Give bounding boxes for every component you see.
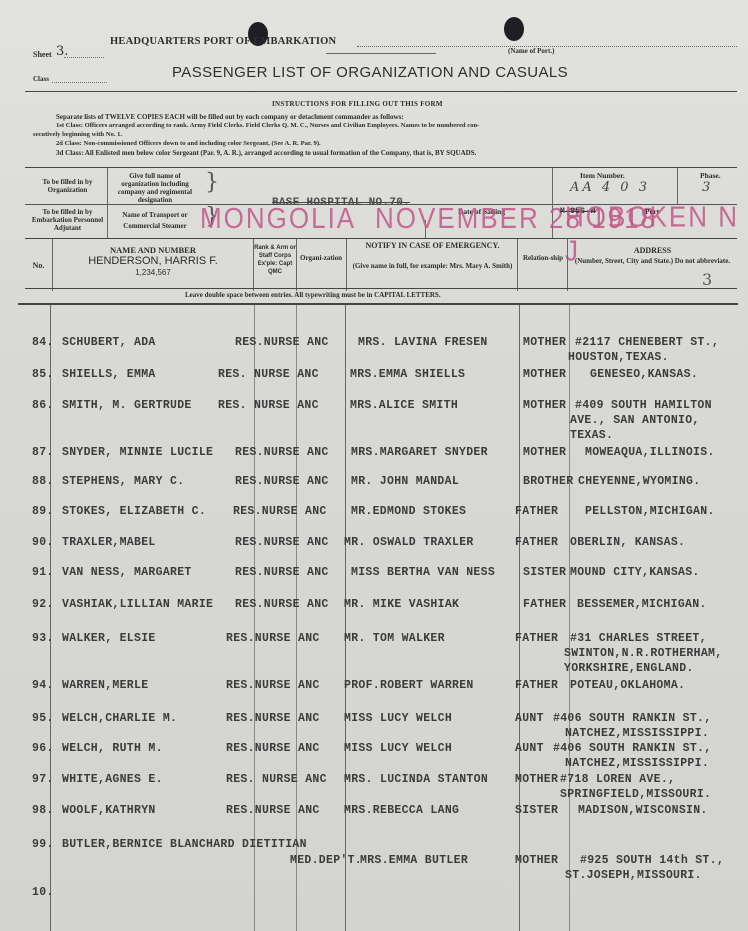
entry-address: GENESEO,KANSAS. [590, 367, 698, 382]
sheet-label: Sheet [33, 50, 52, 59]
entry-name: VAN NESS, MARGARET [62, 565, 192, 580]
instructions-line: secutively beginning with No. 1. [33, 131, 122, 138]
entry-number: 95. [32, 711, 54, 726]
entry-name: SMITH, M. GERTRUDE [62, 398, 192, 413]
entry-address: #409 SOUTH HAMILTON [575, 398, 712, 413]
entry-rank: RES.NURSE ANC [226, 711, 320, 726]
entry-name: WELCH,CHARLIE M. [62, 711, 177, 726]
entry-address: #2117 CHENEBERT ST., [575, 335, 719, 350]
entry-address: CHEYENNE,WYOMING. [578, 474, 700, 489]
col-no-header: No. [25, 261, 52, 271]
transport-label: Name of Transport or Commercial Steamer [115, 210, 195, 232]
entry-name: WELCH, RUTH M. [62, 741, 163, 756]
entry-number: 86. [32, 398, 54, 413]
entry-relationship: AUNT [515, 711, 544, 726]
entry-address: MADISON,WISCONSIN. [578, 803, 708, 818]
entry-relationship: FATHER [515, 678, 558, 693]
corner-mark: 3 [702, 270, 712, 289]
item-number-value: AA 4 0 3 [570, 180, 650, 195]
entry-number: 84. [32, 335, 54, 350]
page-title: PASSENGER LIST OF ORGANIZATION AND CASUA… [172, 64, 568, 81]
entry-address: #406 SOUTH RANKIN ST., [553, 741, 711, 756]
entry-notify: MR. TOM WALKER [344, 631, 445, 646]
entry-name: WHITE,AGNES E. [62, 772, 163, 787]
entry-relationship: FATHER [515, 504, 558, 519]
class-label: Class [33, 75, 49, 83]
instructions-line: 3d Class: All Enlisted men below color S… [56, 149, 476, 157]
entry-number: 99. [32, 837, 54, 852]
entry-address: TEXAS. [570, 428, 613, 443]
col-organization-header: Organi-zation [298, 253, 344, 263]
entry-relationship: AUNT [515, 741, 544, 756]
org-fill-label: To be filled in by Organization [30, 178, 105, 194]
col-name-header: NAME AND NUMBER [53, 245, 253, 255]
entry-notify: MRS.EMMA SHIELLS [350, 367, 465, 382]
entry-address: POTEAU,OKLAHOMA. [570, 678, 685, 693]
transport-stamp: MONGOLIA [200, 201, 356, 235]
entry-rank: MED.DEP'T. [290, 853, 362, 868]
entry-rank: RES. NURSE ANC [226, 772, 327, 787]
col-notify-header: NOTIFY IN CASE OF EMERGENCY. [350, 241, 515, 251]
typing-instructions: Leave double space between entries. All … [185, 291, 441, 299]
org-desc-label: Give full name of organization including… [110, 172, 200, 204]
entry-relationship: FATHER [515, 535, 558, 550]
entry-relationship: SISTER [523, 565, 566, 580]
entry-relationship: FATHER [515, 631, 558, 646]
hq-label: HEADQUARTERS PORT OF EMBARKATION [110, 36, 336, 47]
entry-relationship: MOTHER [515, 853, 558, 868]
entry-number: 88. [32, 474, 54, 489]
entry-notify: MR. JOHN MANDAL [351, 474, 459, 489]
entry-relationship: FATHER [523, 597, 566, 612]
entry-number: 96. [32, 741, 54, 756]
entry-address: ST.JOSEPH,MISSOURI. [565, 868, 702, 883]
entry-number: 98. [32, 803, 54, 818]
instructions-line: 2d Class: Non-commissioned Officers down… [56, 140, 321, 147]
entry-notify: MISS BERTHA VAN NESS [351, 565, 495, 580]
entry-address: #718 LOREN AVE., [560, 772, 675, 787]
entry-number: 94. [32, 678, 54, 693]
entry-address: BESSEMER,MICHIGAN. [577, 597, 707, 612]
entry-number: 91. [32, 565, 54, 580]
entry-rank: RES.NURSE ANC [235, 597, 329, 612]
entry-notify: MR.EDMOND STOKES [351, 504, 466, 519]
instructions-line: 1st Class: Officers arranged according t… [56, 122, 479, 129]
entry-rank: RES.NURSE ANC [233, 504, 327, 519]
entry-address: NATCHEZ,MISSISSIPPI. [565, 756, 709, 771]
entry-rank: RES.NURSE ANC [235, 335, 329, 350]
entry-address: AVE., SAN ANTONIO, [570, 413, 700, 428]
phase-label: Phase. [700, 171, 721, 180]
entry-rank: RES.NURSE ANC [226, 741, 320, 756]
entry-relationship: MOTHER [523, 445, 566, 460]
entry-notify: MRS.REBECCA LANG [344, 803, 459, 818]
passenger-list-page: Sheet 3. Class HEADQUARTERS PORT OF EMBA… [0, 0, 748, 931]
entry-rank: RES.NURSE ANC [235, 565, 329, 580]
entry-relationship: BROTHER [523, 474, 573, 489]
phase-value: 3 [702, 180, 710, 195]
entry-number: 93. [32, 631, 54, 646]
entry-rank: RES.NURSE ANC [235, 535, 329, 550]
entry-name: WARREN,MERLE [62, 678, 148, 693]
instructions-line: Separate lists of TWELVE COPIES EACH wil… [56, 113, 404, 121]
entry-notify: MRS. LUCINDA STANTON [344, 772, 488, 787]
entry-notify: MRS. LAVINA FRESEN [358, 335, 488, 350]
entry-notify: MRS.EMMA BUTLER [360, 853, 468, 868]
entry-name: SHIELLS, EMMA [62, 367, 156, 382]
instructions-title: INSTRUCTIONS FOR FILLING OUT THIS FORM [272, 100, 443, 108]
entry-address: MOWEAQUA,ILLINOIS. [585, 445, 715, 460]
entry-rank: RES.NURSE ANC [226, 678, 320, 693]
entry-address: NATCHEZ,MISSISSIPPI. [565, 726, 709, 741]
entry-name: TRAXLER,MABEL [62, 535, 156, 550]
entry-rank: RES. NURSE ANC [218, 398, 319, 413]
entry-rank: RES.NURSE ANC [226, 803, 320, 818]
col-notify-desc: (Give name in full, for example: Mrs. Ma… [350, 262, 515, 271]
entry-name: WALKER, ELSIE [62, 631, 156, 646]
col-relationship-header: Relation-ship [519, 253, 567, 263]
entry-number: 87. [32, 445, 54, 460]
entry-address: SPRINGFIELD,MISSOURI. [560, 787, 711, 802]
name-of-port-label: (Name of Port.) [508, 47, 554, 55]
entry-address: HOUSTON,TEXAS. [568, 350, 669, 365]
entry-address: PELLSTON,MICHIGAN. [585, 504, 715, 519]
entry-name: SCHUBERT, ADA [62, 335, 156, 350]
entry-address: OBERLIN, KANSAS. [570, 535, 685, 550]
entry-address: #31 CHARLES STREET, [570, 631, 707, 646]
entry-notify: MRS.ALICE SMITH [350, 398, 458, 413]
entry-relationship: MOTHER [523, 398, 566, 413]
entry-rank: RES.NURSE ANC [226, 631, 320, 646]
entry-address: #925 SOUTH 14th ST., [580, 853, 724, 868]
entry-notify: MR. OSWALD TRAXLER [344, 535, 474, 550]
entry-number: 85. [32, 367, 54, 382]
entry-address: #406 SOUTH RANKIN ST., [553, 711, 711, 726]
name-example-number: 1,234,567 [53, 268, 253, 277]
entry-name: WOOLF,KATHRYN [62, 803, 156, 818]
entry-rank: RES.NURSE ANC [235, 474, 329, 489]
embarkation-fill-label: To be filled in by Embarkation Personnel… [30, 208, 105, 232]
col-address-desc: (Number, Street, City and State.) Do not… [570, 257, 735, 266]
entry-relationship: MOTHER [515, 772, 558, 787]
entry-notify: MISS LUCY WELCH [344, 711, 452, 726]
entry-name: BUTLER,BERNICE BLANCHARD DIETITIAN [62, 837, 307, 852]
entry-number: 10. [32, 885, 54, 900]
entry-notify: MISS LUCY WELCH [344, 741, 452, 756]
entry-notify: MR. MIKE VASHIAK [344, 597, 459, 612]
entry-number: 97. [32, 772, 54, 787]
entry-name: STOKES, ELIZABETH C. [62, 504, 206, 519]
punch-hole [504, 17, 524, 41]
entry-rank: RES.NURSE ANC [235, 445, 329, 460]
name-example: HENDERSON, HARRIS F. [53, 255, 253, 267]
entry-address: YORKSHIRE,ENGLAND. [564, 661, 694, 676]
entry-name: VASHIAK,LILLIAN MARIE [62, 597, 213, 612]
entry-address: MOUND CITY,KANSAS. [570, 565, 700, 580]
entry-notify: MRS.MARGARET SNYDER [351, 445, 488, 460]
entry-notify: PROF.ROBERT WARREN [344, 678, 474, 693]
col-address-header: ADDRESS [570, 246, 735, 256]
entry-number: 90. [32, 535, 54, 550]
entry-relationship: MOTHER [523, 335, 566, 350]
entry-relationship: SISTER [515, 803, 558, 818]
entry-name: STEPHENS, MARY C. [62, 474, 184, 489]
entry-rank: RES. NURSE ANC [218, 367, 319, 382]
entry-number: 89. [32, 504, 54, 519]
item-number-label: Item Number. [580, 171, 625, 180]
col-rank-header: Rank & Arm or Staff Corps Ex'ple: Capt Q… [254, 244, 296, 276]
entry-name: SNYDER, MINNIE LUCILE [62, 445, 213, 460]
entry-address: SWINTON,N.R.ROTHERHAM, [564, 646, 722, 661]
entry-relationship: MOTHER [523, 367, 566, 382]
entry-number: 92. [32, 597, 54, 612]
